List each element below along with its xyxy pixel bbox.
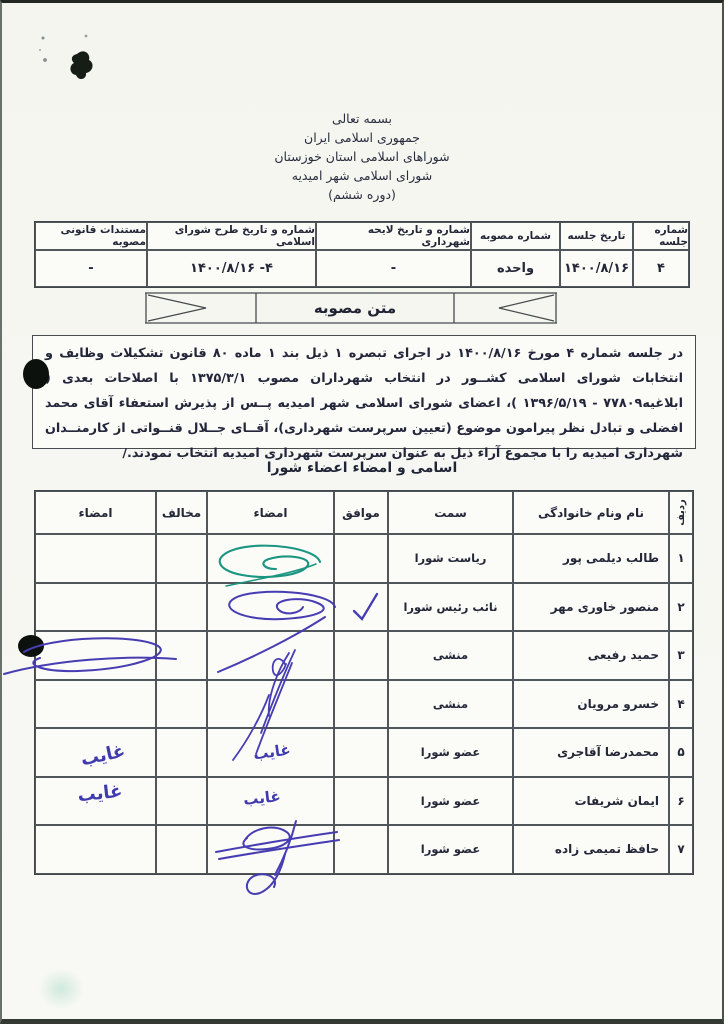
header-country: جمهوری اسلامی ایران — [2, 128, 722, 147]
cell-agree — [334, 728, 388, 777]
meta-value-municipal-bill: - — [316, 250, 471, 287]
cell-signature-agree — [207, 583, 334, 632]
row-no: ۴ — [669, 680, 693, 729]
col-header-oppose: مخالف — [156, 491, 207, 534]
member-position: نائب رئیس شورا — [388, 583, 513, 632]
resolution-text: در جلسه شماره ۴ مورخ ۱۴۰۰/۸/۱۶ در اجرای … — [45, 341, 683, 466]
resolution-banner: متن مصوبه — [145, 291, 557, 325]
member-name: خسرو مرویان — [513, 680, 669, 729]
meta-value-session-date: ۱۴۰۰/۸/۱۶ — [560, 250, 633, 287]
member-name: منصور خاوری مهر — [513, 583, 669, 632]
col-header-position: سمت — [388, 491, 513, 534]
members-signature-table: ردیف نام ونام خانوادگی سمت موافق امضاء م… — [34, 490, 694, 875]
header-bismillah: بسمه تعالی — [2, 109, 722, 128]
meta-header-session-no: شماره جلسه — [633, 222, 689, 250]
meta-header-municipal-bill: شماره و تاریخ لایحه شهرداری — [316, 222, 471, 250]
header-term: (دوره ششم) — [2, 185, 722, 204]
col-header-name: نام ونام خانوادگی — [513, 491, 669, 534]
cell-signature-agree — [207, 680, 334, 729]
member-name: حمید رفیعی — [513, 631, 669, 680]
row-no: ۱ — [669, 534, 693, 583]
row-no: ۵ — [669, 728, 693, 777]
cell-agree — [334, 777, 388, 826]
cell-signature-agree — [207, 631, 334, 680]
meta-value-session-no: ۴ — [633, 250, 689, 287]
cell-signature-oppose — [35, 583, 156, 632]
cell-oppose — [156, 583, 207, 632]
cell-agree — [334, 631, 388, 680]
meta-header-legal-docs: مستندات قانونی مصوبه — [35, 222, 147, 250]
member-name: محمدرضا آقاجری — [513, 728, 669, 777]
cell-oppose — [156, 680, 207, 729]
cell-agree — [334, 583, 388, 632]
member-position: عضو شورا — [388, 777, 513, 826]
member-position: منشی — [388, 631, 513, 680]
meta-value-legal-docs: - — [35, 250, 147, 287]
meta-value-council-plan: ۴- ۱۴۰۰/۸/۱۶ — [147, 250, 316, 287]
row-no: ۲ — [669, 583, 693, 632]
row-no: ۶ — [669, 777, 693, 826]
banner-title: متن مصوبه — [257, 291, 453, 325]
banner-left-chevron-icon — [148, 295, 206, 321]
ink-blob-top-left-icon — [39, 35, 93, 79]
members-section-title: اسامی و امضاء اعضاء شورا — [2, 460, 722, 476]
member-position: ریاست شورا — [388, 534, 513, 583]
resolution-meta-table: شماره جلسه تاریخ جلسه شماره مصوبه شماره … — [34, 221, 690, 288]
row-no: ۷ — [669, 825, 693, 874]
meta-header-session-date: تاریخ جلسه — [560, 222, 633, 250]
member-position: عضو شورا — [388, 825, 513, 874]
resolution-text-box: در جلسه شماره ۴ مورخ ۱۴۰۰/۸/۱۶ در اجرای … — [32, 335, 696, 449]
scan-smudge-bottom-left — [30, 961, 92, 1017]
col-header-signature-oppose: امضاء — [35, 491, 156, 534]
cell-oppose — [156, 825, 207, 874]
cell-oppose — [156, 777, 207, 826]
cell-signature-oppose — [35, 680, 156, 729]
cell-oppose — [156, 728, 207, 777]
col-header-agree: موافق — [334, 491, 388, 534]
cell-signature-agree — [207, 825, 334, 874]
header-city-council: شورای اسلامی شهر امیدیه — [2, 166, 722, 185]
cell-signature-oppose — [35, 825, 156, 874]
meta-header-council-plan: شماره و تاریخ طرح شورای اسلامی — [147, 222, 316, 250]
row-no: ۳ — [669, 631, 693, 680]
header-province-councils: شوراهای اسلامی استان خوزستان — [2, 147, 722, 166]
cell-signature-oppose — [35, 534, 156, 583]
col-header-signature-agree: امضاء — [207, 491, 334, 534]
scanned-document-page: بسمه تعالی جمهوری اسلامی ایران شوراهای ا… — [0, 0, 724, 1024]
member-position: عضو شورا — [388, 728, 513, 777]
cell-signature-agree — [207, 534, 334, 583]
member-name: طالب دیلمی پور — [513, 534, 669, 583]
meta-header-resolution-no: شماره مصوبه — [471, 222, 560, 250]
cell-agree — [334, 680, 388, 729]
document-header: بسمه تعالی جمهوری اسلامی ایران شوراهای ا… — [2, 109, 722, 204]
cell-oppose — [156, 631, 207, 680]
cell-agree — [334, 534, 388, 583]
meta-value-resolution-no: واحده — [471, 250, 560, 287]
cell-oppose — [156, 534, 207, 583]
cell-signature-oppose — [35, 631, 156, 680]
col-header-row-no: ردیف — [669, 491, 693, 534]
member-name: ایمان شریفات — [513, 777, 669, 826]
member-position: منشی — [388, 680, 513, 729]
banner-right-chevron-icon — [499, 295, 554, 321]
cell-agree — [334, 825, 388, 874]
member-name: حافظ تمیمی زاده — [513, 825, 669, 874]
